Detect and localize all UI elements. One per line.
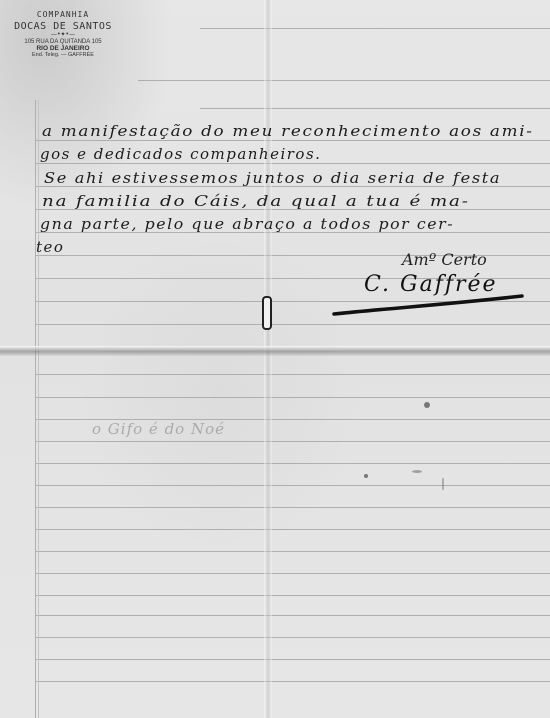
paperclip-mark bbox=[262, 296, 272, 330]
ruled-line bbox=[36, 551, 550, 552]
ruled-line bbox=[36, 485, 550, 486]
letter-line: gos e dedicados companheiros. bbox=[40, 145, 321, 163]
ruled-line bbox=[36, 163, 550, 164]
signature-flourish bbox=[332, 292, 524, 318]
letter-page: COMPANHIA DOCAS DE SANTOS —•✦•— 105 RUA … bbox=[0, 0, 550, 718]
ruled-line bbox=[36, 637, 550, 638]
ruled-line bbox=[36, 595, 550, 596]
ruled-line bbox=[36, 397, 550, 398]
stain bbox=[412, 470, 422, 473]
letterhead-telegraph: End. Teleg. — GAFFRÉE bbox=[4, 52, 122, 58]
letter-line: Se ahi estivessemos juntos o dia seria d… bbox=[44, 169, 501, 187]
stain bbox=[424, 402, 430, 408]
ruled-line bbox=[36, 507, 550, 508]
letter-line: teo bbox=[36, 238, 64, 256]
ruled-line bbox=[36, 573, 550, 574]
ruled-line bbox=[36, 615, 550, 616]
closing: Amº Certo bbox=[402, 250, 487, 269]
margin-line bbox=[35, 100, 36, 718]
vertical-fold-crease bbox=[264, 0, 272, 718]
ruled-line bbox=[200, 108, 550, 109]
letter-line: gna parte, pelo que abraço a todos por c… bbox=[40, 215, 454, 233]
stain bbox=[364, 474, 368, 478]
ruled-line bbox=[36, 463, 550, 464]
letterhead-ornament: —•✦•— bbox=[4, 31, 122, 38]
letter-line: a manifestação do meu reconhecimento aos… bbox=[42, 122, 534, 140]
ruled-line bbox=[36, 659, 550, 660]
letterhead: COMPANHIA DOCAS DE SANTOS —•✦•— 105 RUA … bbox=[4, 10, 122, 58]
ruled-line bbox=[200, 28, 550, 29]
letterhead-city: RIO DE JANEIRO bbox=[4, 45, 122, 52]
letter-line: na familia do Cáis, da qual a tua é ma- bbox=[42, 192, 470, 210]
ruled-line bbox=[36, 681, 550, 682]
ruled-line bbox=[36, 374, 550, 375]
stain bbox=[442, 478, 444, 490]
ruled-line bbox=[36, 140, 550, 141]
horizontal-fold-crease bbox=[0, 346, 550, 356]
ruled-line bbox=[36, 324, 550, 325]
letterhead-company-label: COMPANHIA bbox=[4, 10, 122, 19]
ruled-line bbox=[138, 80, 550, 81]
margin-line bbox=[38, 100, 39, 718]
ruled-line bbox=[36, 529, 550, 530]
ruled-line bbox=[36, 441, 550, 442]
pencil-annotation: o Gifo é do Noé bbox=[92, 420, 225, 438]
